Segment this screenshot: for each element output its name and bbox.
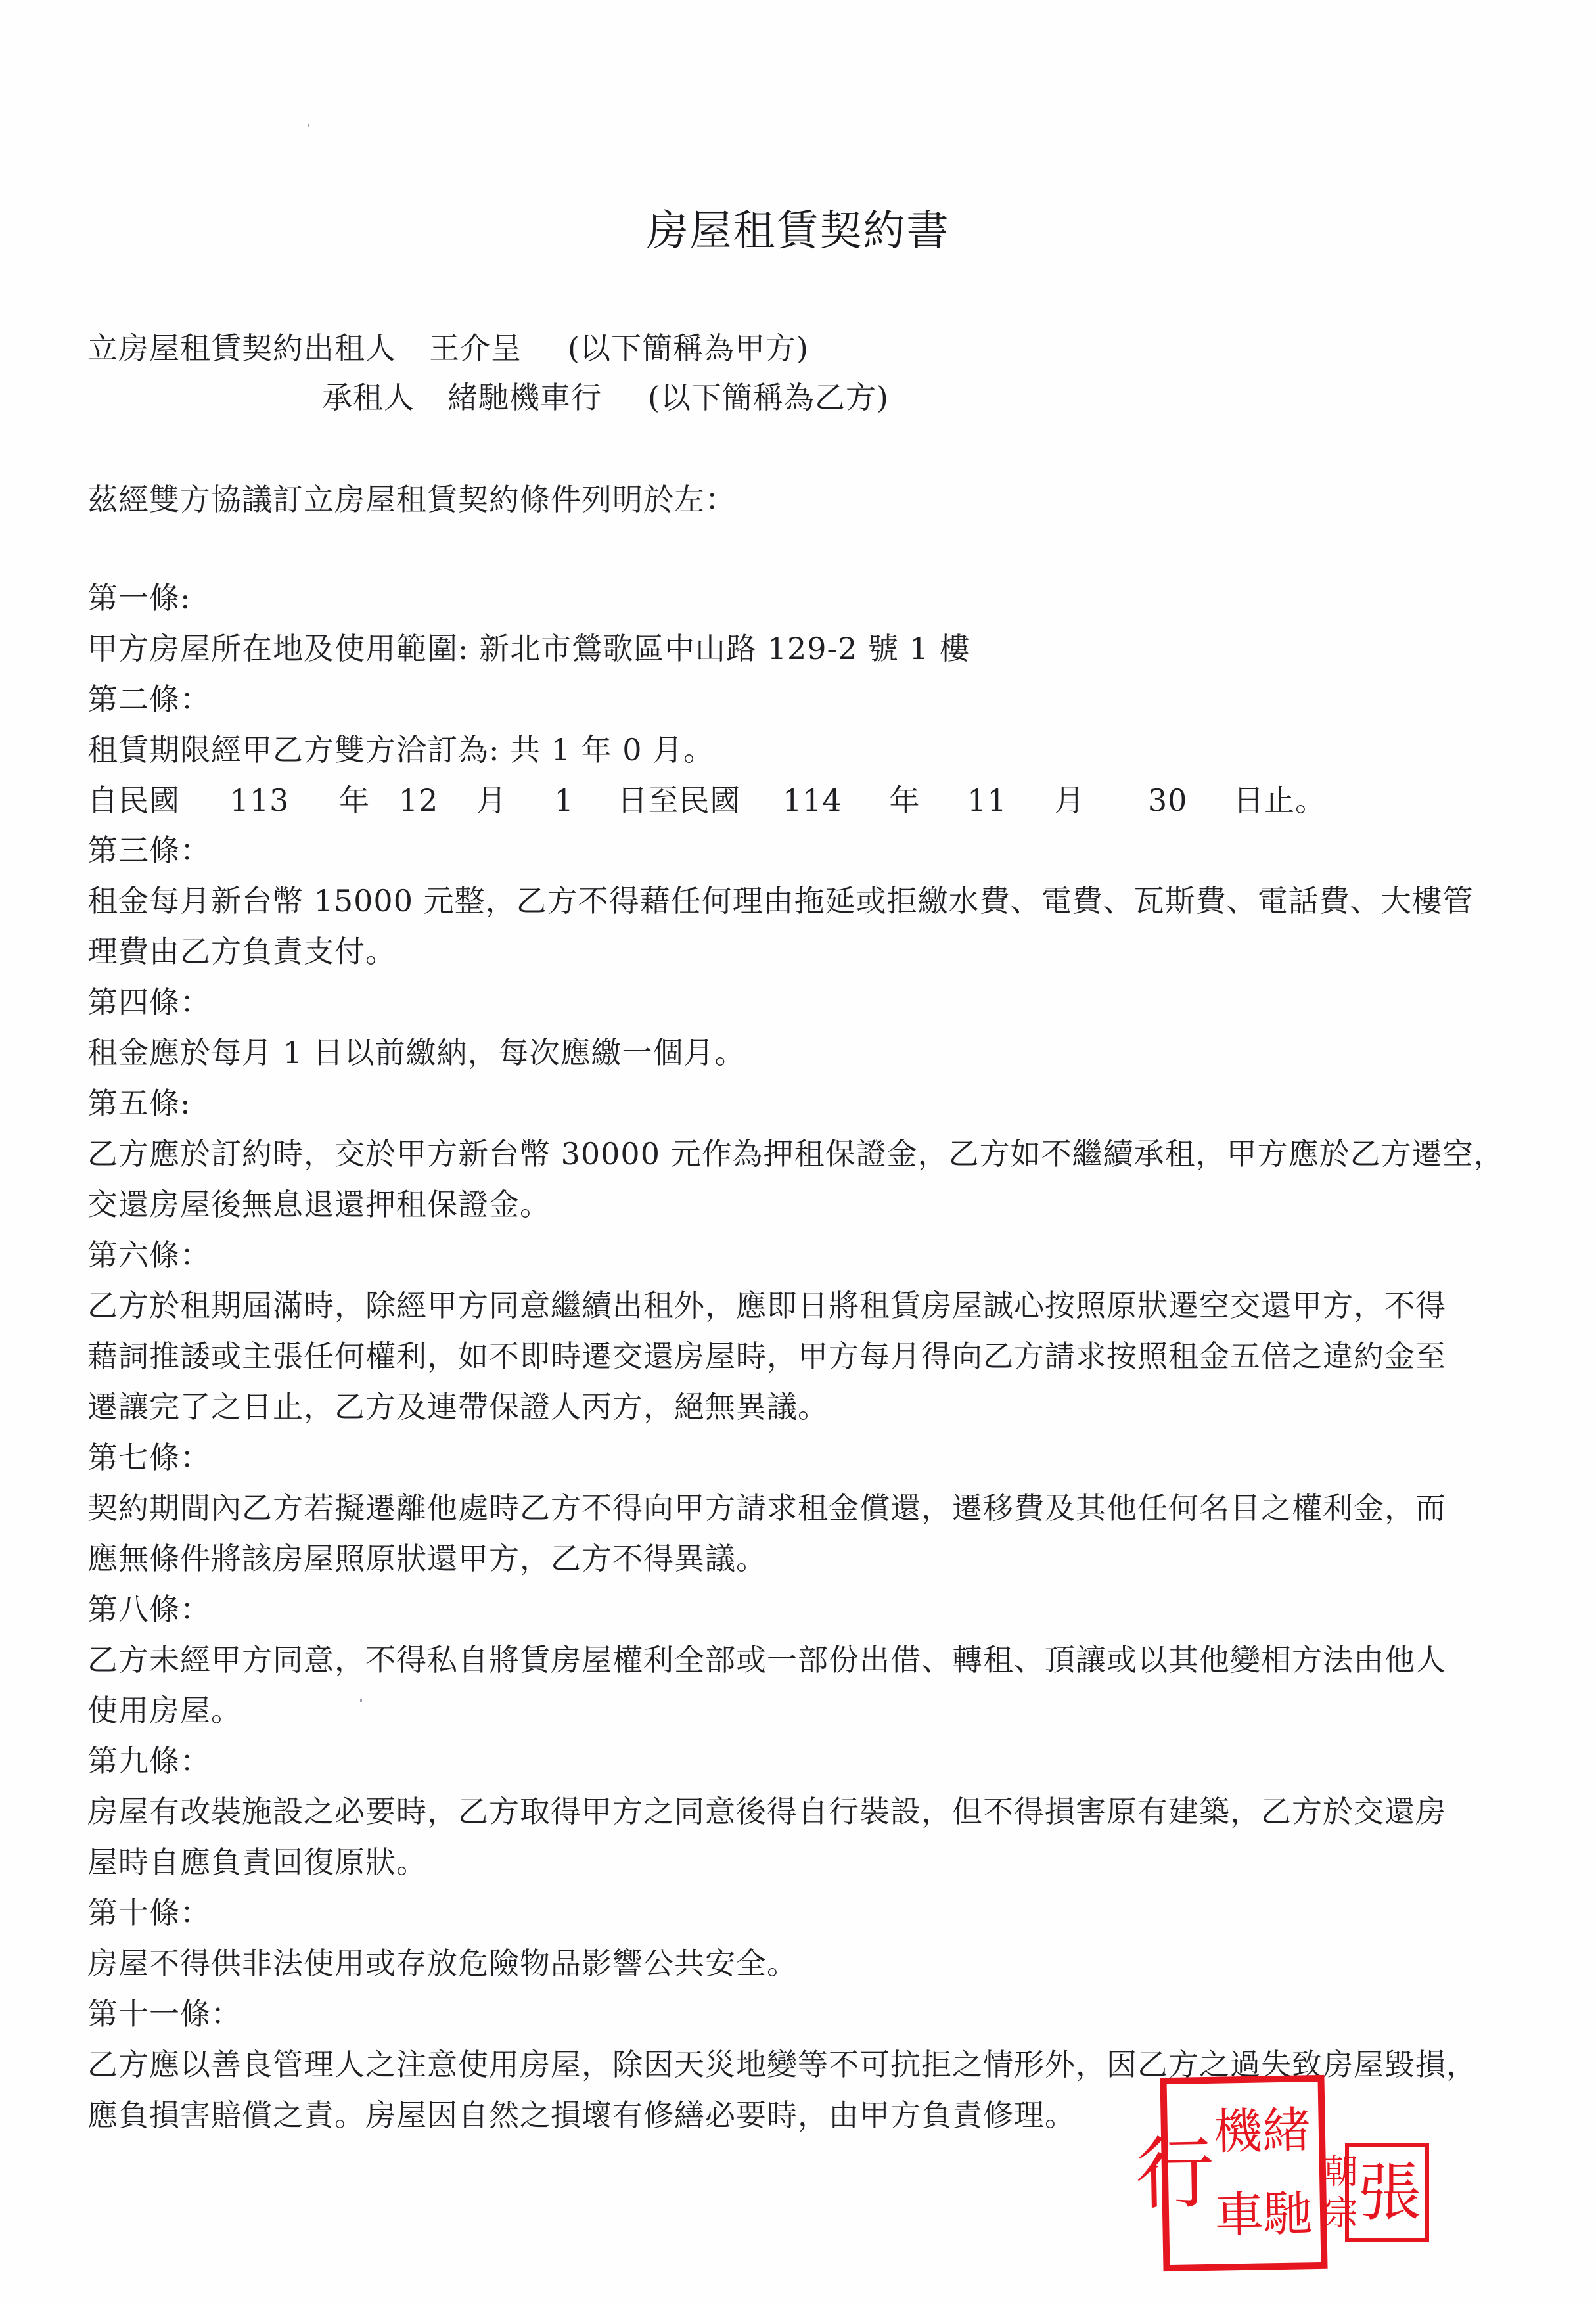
article-4-line-1: 租金應於每月 1 日以前繳納，每次應繳一個月。 (87, 1033, 746, 1072)
article-7-line-2: 應無條件將該房屋照原狀還甲方，乙方不得異議。 (87, 1539, 767, 1578)
article-3-line-1: 租金每月新台幣 15000 元整，乙方不得藉任何理由拖延或拒繳水費、電費、瓦斯費… (87, 881, 1474, 921)
seal-char: 宗 (1324, 2197, 1358, 2231)
article-5-line-1: 乙方應於訂約時，交於甲方新台幣 30000 元作為押租保證金，乙方如不繼續承租，… (87, 1134, 1505, 1174)
article-8-line-1: 乙方未經甲方同意，不得私自將賃房屋權利全部或一部份出借、轉租、頂讓或以其他變相方… (87, 1640, 1446, 1679)
end-month: 11 (967, 781, 1007, 820)
start-year: 113 (230, 781, 290, 820)
scan-speck (360, 1699, 362, 1702)
end-day: 30 (1148, 781, 1188, 820)
start-year-label: 年 (339, 781, 370, 820)
contract-page: 房屋租賃契約書 立房屋租賃契約出租人 王介呈 (以下簡稱為甲方) 承租人 緒馳機… (0, 0, 1596, 2305)
company-seal-stamp: 緒 馳 機 車 行 (1160, 2075, 1327, 2271)
article-6-line-1: 乙方於租期屆滿時，除經甲方同意繼續出租外，應即日將租賃房屋誠心按照原狀遷空交還甲… (87, 1286, 1446, 1325)
seal-char: 馳 (1263, 2189, 1312, 2239)
article-11-line-2: 應負損害賠償之責。房屋因自然之損壞有修繕必要時，由甲方負責修理。 (87, 2095, 1076, 2135)
article-9-line-1: 房屋有改裝施設之必要時，乙方取得甲方之同意後得自行裝設，但不得損害原有建築，乙方… (87, 1792, 1446, 1831)
article-1-line-1: 甲方房屋所在地及使用範圍: 新北市鶯歌區中山路 129-2 號 1 樓 (87, 629, 970, 668)
seal-char: 車 (1214, 2191, 1264, 2240)
personal-seal-stamp: 張 朝 宗 (1345, 2143, 1429, 2242)
lessee-name: 緒馳機車行 (447, 378, 602, 417)
article-6-heading: 第六條： (87, 1235, 211, 1275)
seal-column: 行 (1134, 2090, 1216, 2259)
article-1-heading: 第一條: (87, 578, 191, 618)
document-title: 房屋租賃契約書 (0, 197, 1596, 258)
article-6-line-3: 遷讓完了之日止，乙方及連帶保證人丙方，絕無異議。 (87, 1387, 829, 1426)
article-7-heading: 第七條： (87, 1438, 211, 1477)
start-month: 12 (399, 781, 439, 820)
article-3-heading: 第三條： (87, 831, 211, 870)
article-9-line-2: 屋時自應負責回復原狀。 (87, 1842, 427, 1882)
lessor-note: (以下簡稱為甲方) (568, 329, 809, 368)
date-mid: 日至民國 (617, 781, 741, 820)
article-6-line-2: 藉詞推諉或主張任何權利，如不即時遷交還房屋時，甲方每月得向乙方請求按照租金五倍之… (87, 1336, 1446, 1376)
lessor-role: 立房屋租賃契約出租人 (87, 329, 396, 368)
seal-column: 朝 宗 (1324, 2151, 1358, 2234)
lease-date-range: 自民國 113 年 12 月 1 日至民國 114 年 11 月 30 日止。 (87, 781, 1326, 820)
article-5-heading: 第五條: (87, 1084, 191, 1123)
article-10-line-1: 房屋不得供非法使用或存放危險物品影響公共安全。 (87, 1944, 798, 1983)
article-2-line-1: 租賃期限經甲乙方雙方洽訂為: 共 1 年 0 月。 (87, 730, 714, 769)
lessor-name: 王介呈 (429, 329, 522, 368)
article-11-heading: 第十一條： (87, 1994, 242, 2034)
seal-column: 張 (1358, 2151, 1421, 2234)
intro-text: 茲經雙方協議訂立房屋租賃契約條件列明於左： (87, 480, 736, 519)
article-3-line-2: 理費由乙方負責支付。 (87, 932, 396, 971)
end-year: 114 (783, 781, 842, 820)
end-month-label: 月 (1054, 781, 1085, 820)
seal-column: 緒 馳 (1262, 2088, 1313, 2256)
lessee-note: (以下簡稱為乙方) (648, 378, 889, 417)
article-10-heading: 第十條： (87, 1893, 211, 1932)
end-year-label: 年 (889, 781, 920, 820)
article-8-line-2: 使用房屋。 (87, 1691, 242, 1730)
seal-char: 行 (1135, 2134, 1215, 2214)
seal-char: 緒 (1262, 2106, 1311, 2155)
lessee-role: 承租人 (322, 378, 415, 417)
scan-speck (308, 124, 309, 127)
lessee-line: 承租人 緒馳機車行 (以下簡稱為乙方) (322, 378, 889, 417)
seal-char: 朝 (1324, 2155, 1358, 2189)
seal-column: 機 車 (1213, 2089, 1264, 2258)
date-prefix: 自民國 (87, 781, 180, 820)
article-5-line-2: 交還房屋後無息退還押租保證金。 (87, 1185, 551, 1224)
seal-char: 張 (1358, 2161, 1421, 2224)
start-day: 1 (554, 781, 574, 820)
article-8-heading: 第八條： (87, 1589, 211, 1629)
article-9-heading: 第九條： (87, 1741, 211, 1781)
lessor-line: 立房屋租賃契約出租人 王介呈 (以下簡稱為甲方) (87, 329, 809, 368)
article-7-line-1: 契約期間內乙方若擬遷離他處時乙方不得向甲方請求租金償還，遷移費及其他任何名目之權… (87, 1488, 1446, 1528)
article-4-heading: 第四條： (87, 982, 211, 1022)
date-suffix: 日止。 (1233, 781, 1326, 820)
seal-char: 機 (1213, 2107, 1262, 2156)
article-2-heading: 第二條： (87, 679, 211, 719)
start-month-label: 月 (476, 781, 507, 820)
